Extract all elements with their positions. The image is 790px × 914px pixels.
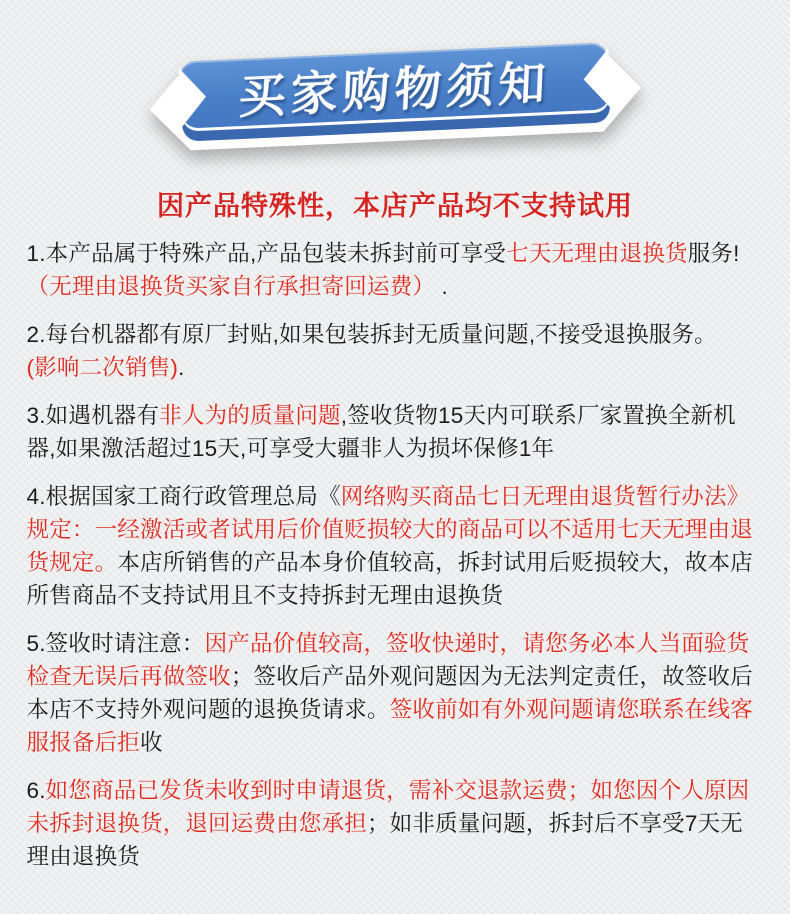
notice-paragraph: 4.根据国家工商行政管理总局《网络购买商品七日无理由退货暂行办法》规定：一经激活…	[27, 480, 764, 612]
notice-list: 1.本产品属于特殊产品,产品包装未拆封前可享受七天无理由退换货服务!（无理由退换…	[27, 237, 764, 873]
notice-text-segment: 4.根据国家工商行政管理总局《	[27, 484, 341, 509]
notice-text-segment: 1.本产品属于特殊产品,产品包装未拆封前可享受	[27, 241, 507, 266]
ribbon-banner: 买家购物须知	[179, 42, 610, 141]
notice-text-segment: (影响二次销售)	[27, 355, 179, 380]
banner-area: 买家购物须知	[0, 0, 790, 178]
notice-paragraph: 2.每台机器都有原厂封贴,如果包装拆封无质量问题,不接受退换服务。(影响二次销售…	[27, 318, 764, 384]
notice-text-segment: 服务!	[688, 241, 740, 266]
notice-text-segment: 非人为的质量问题	[159, 403, 341, 428]
notice-paragraph: 6.如您商品已发货未收到时申请退货，需补交退款运费；如您因个人原因未拆封退换货，…	[27, 774, 764, 873]
notice-text-segment: 6.	[27, 778, 46, 803]
notice-text-segment: 七天无理由退换货	[506, 241, 688, 266]
notice-text-segment: 本店所销售的产品本身价值较高，拆封试用后贬损较大，故本店所售商品不支持试用且不支…	[27, 550, 753, 608]
notice-text-segment: .	[178, 355, 184, 380]
notice-text-segment: 3.如遇机器有	[27, 403, 160, 428]
notice-text-segment: （无理由退换货买家自行承担寄回运费）	[27, 274, 436, 299]
headline: 因产品特殊性，本店产品均不支持试用	[0, 184, 790, 223]
notice-text-segment: 2.每台机器都有原厂封贴,如果包装拆封无质量问题,不接受退换服务。	[27, 322, 717, 347]
notice-text-segment: .	[435, 274, 448, 299]
notice-paragraph: 3.如遇机器有非人为的质量问题,签收货物15天内可联系厂家置换全新机器,如果激活…	[27, 399, 764, 465]
notice-text-segment: 收	[140, 730, 163, 755]
notice-text-segment: 5.签收时请注意：	[27, 631, 205, 656]
notice-paragraph: 1.本产品属于特殊产品,产品包装未拆封前可享受七天无理由退换货服务!（无理由退换…	[27, 237, 764, 303]
banner-title: 买家购物须知	[180, 42, 610, 130]
notice-paragraph: 5.签收时请注意：因产品价值较高，签收快递时，请您务必本人当面验货检查无误后再做…	[27, 627, 764, 759]
